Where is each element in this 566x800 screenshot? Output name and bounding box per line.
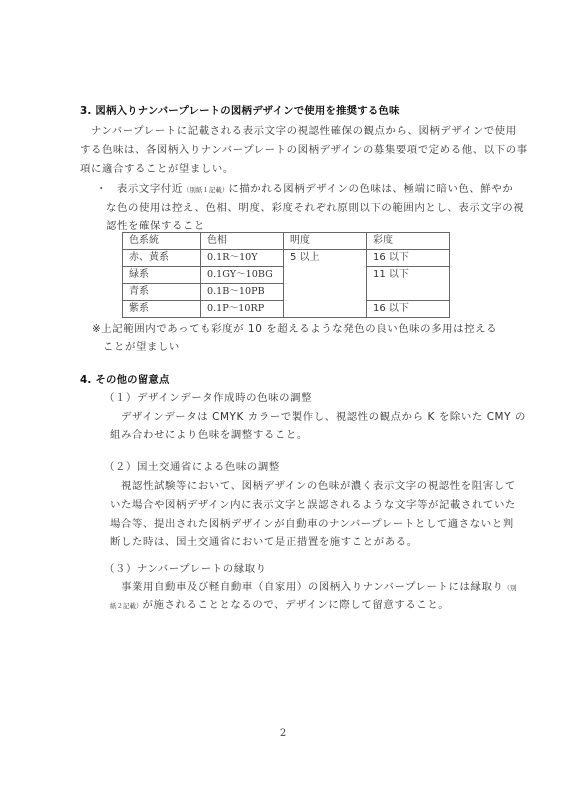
subsection-3-text-cont: が施されることとなるので、デザインに際して留意すること。 — [143, 599, 450, 611]
subsection-2-title: （２）国土交通省による色味の調整 — [104, 460, 280, 474]
bullet-text-cont: に描かれる図柄デザインの色味は、極端に暗い色、鮮やか — [228, 183, 513, 195]
header-color-system: 色系統 — [123, 233, 201, 250]
appendix-2-note-start: （別 — [503, 584, 516, 592]
subsection-2-line-3: 場合等、提出された図柄デザインが自動車のナンバープレートとして適さないと判 — [110, 517, 514, 531]
subsection-1-title: （１）デザインデータ作成時の色味の調整 — [104, 391, 312, 405]
section-4-heading: 4. その他の留意点 — [80, 373, 170, 387]
bullet-text: 表示文字付近 — [117, 183, 183, 195]
section-3-intro-line-2: する色味は、各図柄入りナンバープレートの図柄デザインの募集要項で定める他、以下の… — [80, 143, 528, 157]
table-note-line-1: ※上記範囲内であっても彩度が 10 を超えるような発色の良い色味の多用は控える — [92, 322, 497, 336]
cell-hue: 0.1B～10PB — [201, 284, 284, 301]
appendix-2-note-end: 紙２記載） — [110, 602, 143, 610]
subsection-3-text: 事業用自動車及び軽自動車（自家用）の図柄入りナンバープレートには縁取り — [110, 581, 503, 593]
cell-system: 緑系 — [123, 267, 201, 284]
subsection-3-line-2: 紙２記載）が施されることとなるので、デザインに際して留意すること。 — [110, 598, 449, 613]
cell-chroma: 11 以下 — [367, 267, 450, 301]
cell-value: 5 以上 — [284, 250, 367, 318]
table-note-line-2: ことが望ましい — [92, 340, 180, 354]
bullet-item: ・ 表示文字付近（別紙１記載）に描かれる図柄デザインの色味は、極端に暗い色、鮮や… — [96, 182, 513, 197]
color-range-table: 色系統 色相 明度 彩度 赤、黄系 0.1R～10Y 5 以上 16 以下 緑系… — [122, 232, 450, 318]
cell-chroma: 16 以下 — [367, 301, 450, 318]
cell-system: 紫系 — [123, 301, 201, 318]
subsection-2-line-4: 断した時は、国土交通省において是正措置を施すことがある。 — [110, 535, 418, 549]
table-header-row: 色系統 色相 明度 彩度 — [123, 233, 450, 250]
subsection-1-line-2: 組み合わせにより色味を調整すること。 — [110, 428, 308, 442]
subsection-2-line-1: 視認性試験等において、図柄デザインの色味が濃く表示文字の視認性を阻害して — [110, 479, 516, 493]
cell-system: 青系 — [123, 284, 201, 301]
cell-hue: 0.1R～10Y — [201, 250, 284, 267]
table-row: 赤、黄系 0.1R～10Y 5 以上 16 以下 — [123, 250, 450, 267]
section-3-intro-line-1: ナンバープレートに記載される表示文字の視認性確保の観点から、図柄デザインで使用 — [80, 124, 517, 138]
page-number: 2 — [0, 728, 566, 739]
bullet-line-2: な色の使用は控え、色相、明度、彩度それぞれ原則以下の範囲内とし、表示文字の視 — [106, 201, 524, 215]
section-3-intro-line-3: 項に適合することが望ましい。 — [80, 162, 234, 176]
bullet-line-3: 認性を確保すること — [106, 219, 205, 233]
appendix-1-note: （別紙１記載） — [183, 186, 229, 194]
subsection-3-line-1: 事業用自動車及び軽自動車（自家用）の図柄入りナンバープレートには縁取り（別 — [110, 580, 516, 595]
header-chroma: 彩度 — [367, 233, 450, 250]
document-page: 3. 図柄入りナンバープレートの図柄デザインで使用を推奨する色味 ナンバープレー… — [0, 0, 566, 800]
subsection-1-line-1: デザインデータは CMYK カラーで製作し、視認性の観点から K を除いた CM… — [110, 410, 526, 424]
subsection-3-title: （３）ナンバープレートの縁取り — [104, 562, 267, 576]
cell-hue: 0.1P～10RP — [201, 301, 284, 318]
cell-chroma: 16 以下 — [367, 250, 450, 267]
header-value: 明度 — [284, 233, 367, 250]
bullet-marker: ・ — [96, 183, 107, 195]
section-3-heading: 3. 図柄入りナンバープレートの図柄デザインで使用を推奨する色味 — [80, 104, 400, 118]
cell-system: 赤、黄系 — [123, 250, 201, 267]
header-hue: 色相 — [201, 233, 284, 250]
subsection-2-line-2: いた場合や図柄デザイン内に表示文字と誤認されるような文字等が記載されていた — [110, 498, 516, 512]
cell-hue: 0.1GY～10BG — [201, 267, 284, 284]
